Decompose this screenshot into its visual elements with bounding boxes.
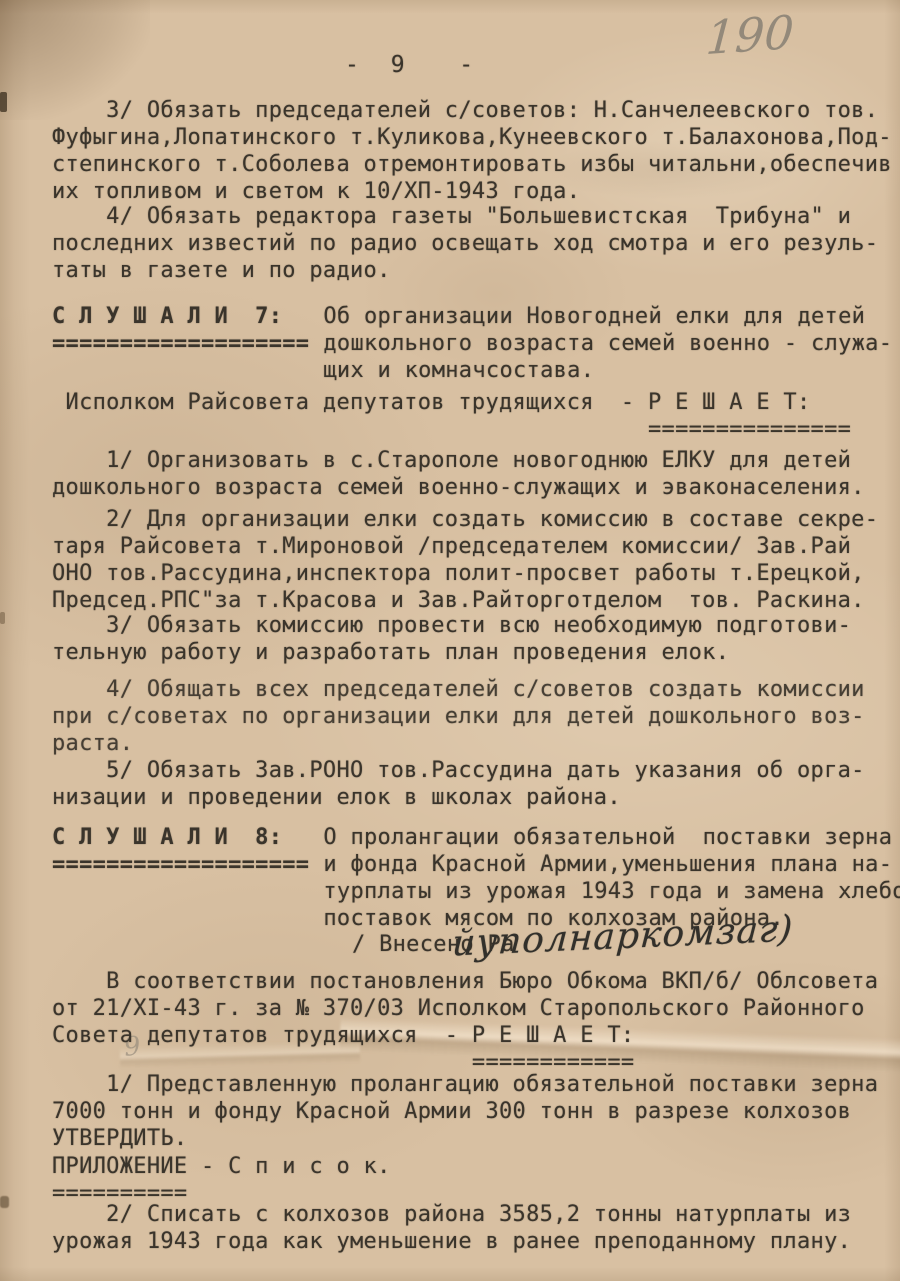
page-number: - 9 - — [345, 52, 482, 79]
decision-7-4: 4/ Обящать всех председателей с/советов … — [52, 676, 865, 757]
decision-8-2: 2/ Списать с колхозов района 3585,2 тонн… — [52, 1201, 851, 1255]
decision-8-1: 1/ Представленную пролангацию обязательн… — [52, 1071, 878, 1152]
edge-ink-speck — [0, 612, 5, 624]
heard-7-heading: С Л У Ш А Л И 7: =================== Об … — [52, 303, 892, 384]
decision-7-2: 2/ Для организации елки создать комиссию… — [52, 506, 878, 614]
scanned-document-page: 190 9 - 9 - 3/ Обязать председателей с/с… — [0, 0, 900, 1281]
edge-ink-speck — [0, 1196, 9, 1208]
edge-ink-speck — [0, 92, 7, 112]
decision-7-5: 5/ Обязать Зав.РОНО тов.Рассудина дать у… — [52, 757, 865, 811]
resolution-preamble-8: В соответствии постановления Бюро Обкома… — [52, 968, 878, 1076]
paragraph-3-repair-reading-huts: 3/ Обязать председателей с/советов: Н.Са… — [52, 97, 892, 205]
heard-7-label: С Л У Ш А Л И 7: =================== — [52, 303, 309, 357]
handwritten-folio-number: 190 — [704, 5, 795, 66]
decision-7-3: 3/ Обязать комиссию провести всю необход… — [52, 612, 851, 666]
attachment-note: ПРИЛОЖЕНИЕ - С п и с о к. ========== — [52, 1153, 391, 1207]
heard-7-subject: Об организации Новогодней елки для детей… — [323, 303, 892, 384]
paragraph-4-newspaper-radio: 4/ Обязать редактора газеты "Большевистс… — [52, 203, 878, 284]
resolution-heading-7: Исполком Райсовета депутатов трудящихся … — [52, 389, 851, 443]
heard-8-label: С Л У Ш А Л И 8: =================== — [52, 824, 309, 878]
decision-7-1: 1/ Организовать в с.Старополе новогоднюю… — [52, 447, 865, 501]
